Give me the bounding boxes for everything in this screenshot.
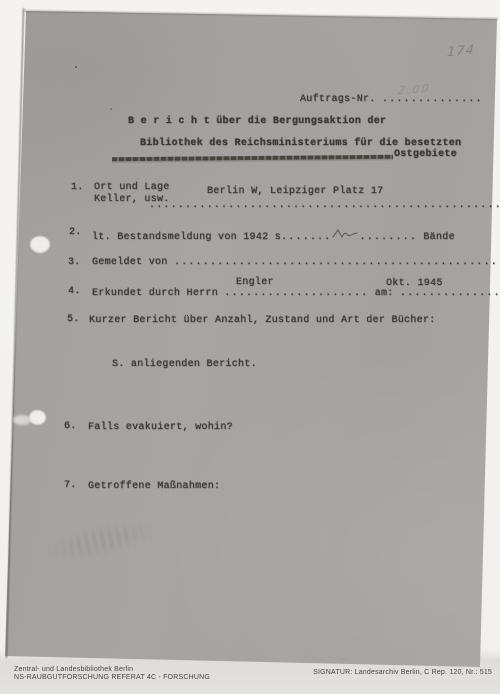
item3-label: Gemeldet von <box>92 258 168 268</box>
item4-label: Erkundet durch Herrn <box>92 289 218 299</box>
auftrag-label: Auftrags-Nr. <box>300 95 376 105</box>
paper-speck <box>75 66 77 68</box>
paper-speck <box>110 108 112 110</box>
report-title-line1: B e r i c h t über die Bergungsaktion de… <box>128 117 386 127</box>
item2-label: lt. Bestandsmeldung von 1942 s <box>92 233 281 243</box>
report-title-line2: Bibliothek des Reichsministeriums für di… <box>140 139 461 149</box>
hole-punch-bottom <box>29 410 46 425</box>
item5-number: 5. <box>67 315 80 325</box>
archive-department: NS-RAUBGUTFORSCHUNG REFERAT 4C - FORSCHU… <box>14 674 210 682</box>
item3-dotted-line: ........................................… <box>174 258 500 268</box>
item7-label: Getroffene Maßnahmen: <box>88 482 220 492</box>
item1-filled-value: Berlin W, Leipziger Platz 17 <box>207 187 383 197</box>
archive-caption-left: Zentral- und Landesbibliothek Berlin NS-… <box>14 666 210 682</box>
item1-label-line1: Ort und Lage <box>94 183 170 193</box>
item4-dotted-line-left: .................... <box>224 289 368 299</box>
item4-filled-name: Engler <box>236 278 274 288</box>
item1-dotted-line: ........................................… <box>149 201 500 211</box>
auftrag-dotted-line: .............. <box>382 95 483 105</box>
auftrag-line: Auftrags-Nr. .............. <box>300 95 483 105</box>
handwritten-check-mark <box>332 228 358 239</box>
item1-number: 1. <box>71 183 84 193</box>
archive-institution: Zentral- und Landesbibliothek Berlin <box>14 666 210 674</box>
item5-note: S. anliegenden Bericht. <box>112 360 257 370</box>
handwritten-page-number: 174 <box>446 43 475 61</box>
item4-number: 4. <box>68 287 81 297</box>
item2-dotted-line-right: ........ <box>359 233 417 243</box>
item4-mid-label: am: <box>375 289 394 299</box>
item3-number: 3. <box>68 258 81 268</box>
item7-number: 7. <box>64 481 77 491</box>
item4-dotted-line-right: .............. <box>400 289 500 299</box>
scanned-document: 174 2.00 Auftrags-Nr. .............. B e… <box>0 0 500 694</box>
item4-line: Erkundet durch Herrn ...................… <box>92 289 500 299</box>
item2-suffix: Bände <box>423 233 455 243</box>
item6-label: Falls evakuiert, wohin? <box>88 423 233 433</box>
item5-label: Kurzer Bericht über Anzahl, Zustand und … <box>89 316 436 326</box>
report-title-line2-continued: Ostgebiete <box>394 150 457 160</box>
item2-dotted-line-left: ....... <box>281 233 331 243</box>
archive-signature: SIGNATUR: Landesarchiv Berlin, C Rep. 12… <box>313 669 492 676</box>
item2-number: 2. <box>69 228 82 238</box>
item2-line: lt. Bestandsmeldung von 1942 s ....... .… <box>92 228 455 243</box>
item6-number: 6. <box>64 422 77 432</box>
item3-line: Gemeldet von ...........................… <box>92 258 500 268</box>
hole-punch-top <box>30 236 50 253</box>
